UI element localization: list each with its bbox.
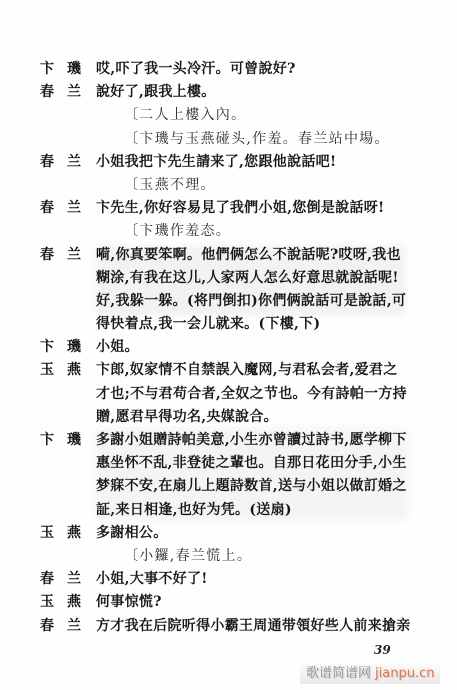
dialogue-line: 方才我在后院听得小霸王周通带領好些人前来搶亲	[96, 615, 457, 638]
dialogue-line: 何事惊慌?	[96, 591, 457, 614]
dialogue-line: 小姐。	[96, 336, 457, 359]
speaker-name: 玉燕	[40, 591, 94, 614]
watermark-domain: jianpu.cn	[375, 666, 434, 681]
dialogue-line: 哎,吓了我一头冷汗。可曾說好?	[96, 58, 457, 81]
dialogue-line: 小姐我把卞先生請来了,您跟他說話吧!	[96, 151, 457, 174]
dialogue-line: 說好了,跟我上樓。	[96, 81, 457, 104]
stage-direction-line: 〔二人上樓入內。	[124, 104, 457, 127]
speaker-name: 卞璣	[40, 58, 94, 81]
stage-direction-line: 〔小鑼,春兰慌上。	[124, 545, 457, 568]
dialogue-line: 多謝相公。	[96, 522, 457, 545]
speaker-name: 春兰	[40, 197, 94, 220]
dialogue-line: 好,我躲一躲。(将門倒扣)你們俩說話可是說話,可	[96, 290, 457, 313]
speaker-name: 春兰	[40, 81, 94, 104]
speech-bian-ji: 卞璣 哎,吓了我一头冷汗。可曾說好?	[0, 58, 457, 81]
dialogue-line: 糊涂,有我在这儿,人家两人怎么好意思就說話呢!	[96, 267, 457, 290]
stage-direction-line: 〔卞璣作羞态。	[124, 220, 457, 243]
speech-bian-ji: 卞璣 多謝小姐贈詩帕美意,小生亦曾讀过詩书,愿学柳下 惠坐怀不乱,非登徒之輩也。…	[0, 429, 457, 522]
dialogue-line: 証,来日相逢,也好为凭。(送扇)	[96, 499, 457, 522]
stage-direction: 〔玉燕不理。	[0, 174, 457, 197]
page-number: 39	[374, 643, 391, 657]
site-watermark: 歌谱简谱网jianpu.cn	[300, 664, 440, 684]
dialogue-line: 卞郎,奴家情不自禁誤入魔网,与君私会者,爱君之	[96, 359, 457, 382]
stage-direction: 〔小鑼,春兰慌上。	[0, 545, 457, 568]
speech-yu-yan: 玉燕 卞郎,奴家情不自禁誤入魔网,与君私会者,爱君之 才也;不与君苟合者,全奴之…	[0, 359, 457, 429]
speaker-name: 卞璣	[40, 336, 94, 359]
speaker-name: 卞璣	[40, 429, 94, 452]
dialogue-line: 得快着点,我一会儿就来。(下樓,下)	[96, 313, 457, 336]
speaker-name: 玉燕	[40, 522, 94, 545]
speech-chun-lan: 春兰 嗬,你真要笨啊。他們俩怎么不說話呢?哎呀,我也 糊涂,有我在这儿,人家两人…	[0, 244, 457, 337]
stage-direction-line: 〔玉燕不理。	[124, 174, 457, 197]
dialogue-line: 惠坐怀不乱,非登徒之輩也。自那日花田分手,小生	[96, 452, 457, 475]
speaker-name: 春兰	[40, 568, 94, 591]
speech-chun-lan: 春兰 小姐,大事不好了!	[0, 568, 457, 591]
speech-chun-lan: 春兰 方才我在后院听得小霸王周通带領好些人前来搶亲	[0, 615, 457, 638]
speech-chun-lan: 春兰 卞先生,你好容易見了我們小姐,您倒是說話呀!	[0, 197, 457, 220]
stage-direction: 〔二人上樓入內。	[0, 104, 457, 127]
script-body: 卞璣 哎,吓了我一头冷汗。可曾說好? 春兰 說好了,跟我上樓。 〔二人上樓入內。…	[0, 58, 457, 638]
speaker-name: 玉燕	[40, 359, 94, 382]
dialogue-line: 卞先生,你好容易見了我們小姐,您倒是說話呀!	[96, 197, 457, 220]
dialogue-line: 梦寐不安,在扇儿上題詩数首,送与小姐以做訂婚之	[96, 475, 457, 498]
watermark-site-name: 歌谱简谱网	[306, 666, 371, 681]
dialogue-line: 贈,愿君早得功名,央媒說合。	[96, 406, 457, 429]
dialogue-line: 才也;不与君苟合者,全奴之节也。今有詩帕一方持	[96, 383, 457, 406]
dialogue-line: 多謝小姐贈詩帕美意,小生亦曾讀过詩书,愿学柳下	[96, 429, 457, 452]
speech-yu-yan: 玉燕 多謝相公。	[0, 522, 457, 545]
stage-direction-line: 〔卞璣与玉燕碰头,作羞。春兰站中場。	[124, 128, 457, 151]
speech-bian-ji: 卞璣 小姐。	[0, 336, 457, 359]
stage-direction: 〔卞璣作羞态。	[0, 220, 457, 243]
dialogue-line: 嗬,你真要笨啊。他們俩怎么不說話呢?哎呀,我也	[96, 244, 457, 267]
speaker-name: 春兰	[40, 615, 94, 638]
dialogue-line: 小姐,大事不好了!	[96, 568, 457, 591]
speech-yu-yan: 玉燕 何事惊慌?	[0, 591, 457, 614]
stage-direction: 〔卞璣与玉燕碰头,作羞。春兰站中場。	[0, 128, 457, 151]
speaker-name: 春兰	[40, 151, 94, 174]
speech-chun-lan: 春兰 說好了,跟我上樓。	[0, 81, 457, 104]
speech-chun-lan: 春兰 小姐我把卞先生請来了,您跟他說話吧!	[0, 151, 457, 174]
speaker-name: 春兰	[40, 244, 94, 267]
